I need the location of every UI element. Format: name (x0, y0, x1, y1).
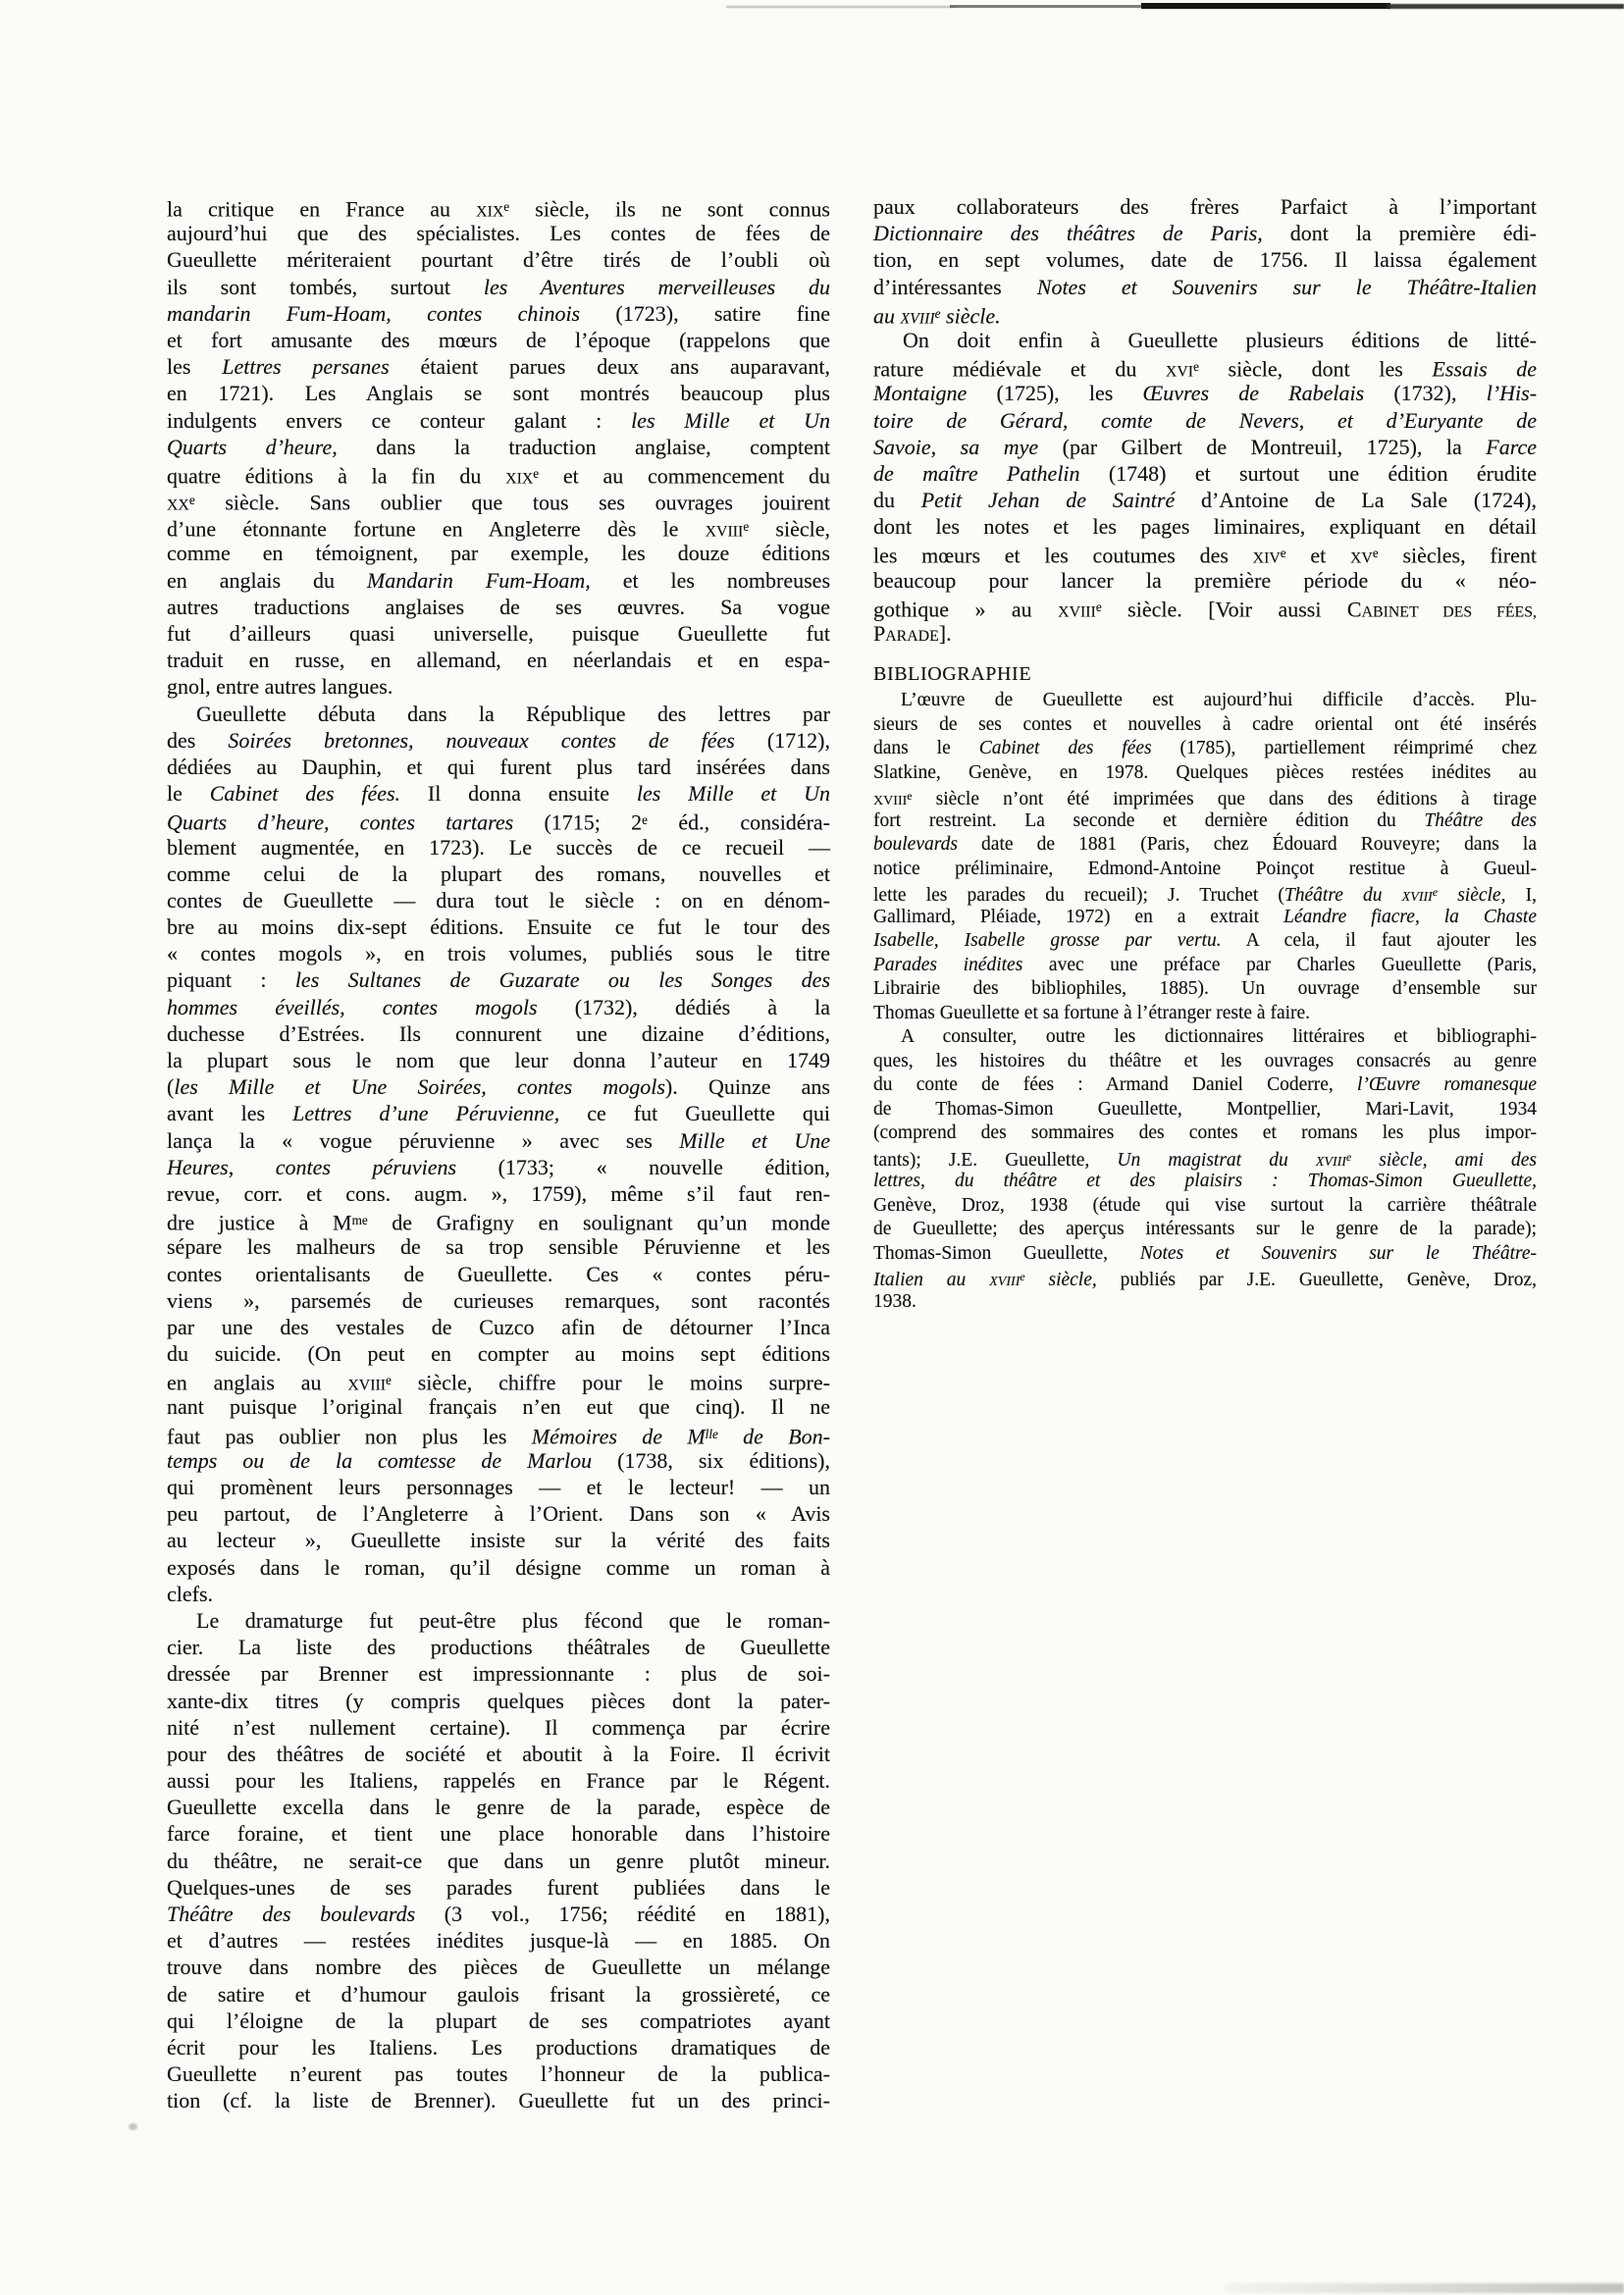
text-line: du Petit Jehan de Saintré d’Antoine de L… (873, 487, 1537, 513)
right-column-main: paux collaborateurs des frères Parfaict … (873, 193, 1537, 647)
text-line: Librairie des bibliophiles, 1885). Un ou… (873, 977, 1537, 1002)
text-line: dédiées au Dauphin, et qui furent plus t… (167, 754, 830, 780)
text-line: Parades inédites avec une préface par Ch… (873, 954, 1537, 978)
text-line: On doit enfin à Gueullette plusieurs édi… (873, 327, 1537, 353)
text-line: Le dramaturge fut peut-être plus fécond … (167, 1607, 830, 1634)
text-line: cier. La liste des productions théâtrale… (167, 1634, 830, 1660)
right-column: paux collaborateurs des frères Parfaict … (873, 193, 1537, 1314)
text-line: et fort amusante des mœurs de l’époque (… (167, 327, 830, 353)
text-line: comme celui de la plupart des romans, no… (167, 861, 830, 887)
text-line: XXe siècle. Sans oublier que tous ses ou… (167, 487, 830, 513)
text-line: paux collaborateurs des frères Parfaict … (873, 193, 1537, 220)
text-line: L’œuvre de Gueullette est aujourd’hui di… (873, 689, 1537, 713)
text-line: lettres, du théâtre et des plaisirs : Th… (873, 1170, 1537, 1194)
text-line: boulevards date de 1881 (Paris, chez Édo… (873, 833, 1537, 858)
text-line: dre justice à Mme de Grafigny en soulign… (167, 1207, 830, 1233)
text-line: dont les notes et les pages liminaires, … (873, 513, 1537, 540)
text-line: duchesse d’Estrées. Ils connurent une di… (167, 1020, 830, 1047)
text-line: fort restreint. La seconde et dernière é… (873, 809, 1537, 834)
scan-artifact-top-streak (1141, 3, 1390, 9)
text-line: nité n’est nullement certaine). Il comme… (167, 1714, 830, 1741)
text-line: « contes mogols », en trois volumes, pub… (167, 940, 830, 966)
text-line: de Gueullette; des aperçus intéressants … (873, 1218, 1537, 1242)
text-line: qui promènent leurs personnages — et le … (167, 1474, 830, 1500)
text-line: Théâtre des boulevards (3 vol., 1756; ré… (167, 1901, 830, 1927)
text-line: contes de Gueullette — dura tout le sièc… (167, 887, 830, 913)
text-line: PARADE]. (873, 620, 1537, 647)
text-line: A consulter, outre les dictionnaires lit… (873, 1025, 1537, 1050)
text-line: piquant : les Sultanes de Guzarate ou le… (167, 966, 830, 993)
text-line: Gallimard, Pléiade, 1972) en a extrait L… (873, 906, 1537, 930)
text-line: traduit en russe, en allemand, en néerla… (167, 647, 830, 673)
text-line: au lecteur », Gueullette insiste sur la … (167, 1527, 830, 1553)
bibliography-heading: BIBLIOGRAPHIE (873, 663, 1537, 685)
scan-artifact-margin-speck (129, 2123, 137, 2130)
text-line: écrit pour les Italiens. Les productions… (167, 2034, 830, 2060)
text-line: du théâtre, ne serait-ce que dans un gen… (167, 1848, 830, 1874)
text-line: qui l’éloigne de la plupart de ses compa… (167, 2008, 830, 2034)
text-line: contes orientalisants de Gueullette. Ces… (167, 1261, 830, 1287)
text-line: gnol, entre autres langues. (167, 673, 830, 700)
text-line: Dictionnaire des théâtres de Paris, dont… (873, 220, 1537, 246)
text-line: aujourd’hui que des spécialistes. Les co… (167, 220, 830, 246)
scan-artifact-top-streak (1387, 4, 1624, 9)
text-line: (comprend des sommaires des contes et ro… (873, 1121, 1537, 1146)
text-line: gothique » au XVIIIe siècle. [Voir aussi… (873, 594, 1537, 620)
page: la critique en France au XIXe siècle, il… (0, 0, 1624, 2295)
left-column: la critique en France au XIXe siècle, il… (167, 193, 830, 2114)
text-line: Montaigne (1725), les Œuvres de Rabelais… (873, 380, 1537, 406)
text-line: clefs. (167, 1581, 830, 1607)
text-line: Heures, contes péruviens (1733; « nouvel… (167, 1154, 830, 1180)
text-line: Gueullette mériteraient pourtant d’être … (167, 246, 830, 273)
text-line: trouve dans nombre des pièces de Gueulle… (167, 1954, 830, 1980)
text-line: Thomas-Simon Gueullette, Notes et Souven… (873, 1242, 1537, 1267)
text-line: Italien au XVIIIe siècle, publiés par J.… (873, 1266, 1537, 1290)
scan-artifact-top-streak (726, 6, 957, 8)
text-line: Slatkine, Genève, en 1978. Quelques pièc… (873, 761, 1537, 786)
text-line: bre au moins dix-sept éditions. Ensuite … (167, 913, 830, 940)
text-line: Isabelle, Isabelle grosse par vertu. A c… (873, 929, 1537, 954)
text-line: pour des théâtres de société et aboutit … (167, 1741, 830, 1767)
text-line: de maître Pathelin (1748) et surtout une… (873, 460, 1537, 487)
text-line: notice préliminaire, Edmond-Antoine Poin… (873, 858, 1537, 882)
text-line: fut d’ailleurs quasi universelle, puisqu… (167, 620, 830, 647)
text-line: d’intéressantes Notes et Souvenirs sur l… (873, 274, 1537, 300)
text-line: Quarts d’heure, contes tartares (1715; 2… (167, 807, 830, 833)
text-line: du conte de fées : Armand Daniel Coderre… (873, 1073, 1537, 1098)
text-line: Gueullette n’eurent pas toutes l’honneur… (167, 2060, 830, 2087)
text-line: du suicide. (On peut en compter au moins… (167, 1340, 830, 1367)
text-line: ils sont tombés, surtout les Aventures m… (167, 274, 830, 300)
text-line: beaucoup pour lancer la première période… (873, 567, 1537, 594)
scan-artifact-top-streak (950, 5, 1146, 8)
text-line: farce foraine, et tient une place honora… (167, 1820, 830, 1847)
text-line: blement augmentée, en 1723). Le succès d… (167, 834, 830, 861)
text-line: le Cabinet des fées. Il donna ensuite le… (167, 780, 830, 807)
text-line: les mœurs et les coutumes des XIVe et XV… (873, 540, 1537, 566)
text-line: Quarts d’heure, dans la traduction angla… (167, 434, 830, 460)
text-line: autres traductions anglaises de ses œuvr… (167, 594, 830, 620)
text-line: faut pas oublier non plus les Mémoires d… (167, 1421, 830, 1447)
text-line: en 1721). Les Anglais se sont montrés be… (167, 380, 830, 406)
text-line: tion, en sept volumes, date de 1756. Il … (873, 246, 1537, 273)
text-line: rature médiévale et du XVIe siècle, dont… (873, 353, 1537, 380)
text-line: quatre éditions à la fin du XIXe et au c… (167, 460, 830, 487)
bibliography-section: L’œuvre de Gueullette est aujourd’hui di… (873, 689, 1537, 1314)
text-line: Thomas Gueullette et sa fortune à l’étra… (873, 1002, 1537, 1026)
text-line: des Soirées bretonnes, nouveaux contes d… (167, 727, 830, 754)
text-line: d’une étonnante fortune en Angleterre dè… (167, 513, 830, 540)
text-line: temps ou de la comtesse de Marlou (1738,… (167, 1447, 830, 1474)
text-line: au XVIIIe siècle. (873, 300, 1537, 327)
text-line: en anglais du Mandarin Fum-Hoam, et les … (167, 567, 830, 594)
text-line: Gueullette débuta dans la République des… (167, 701, 830, 727)
text-line: viens », parsemés de curieuses remarques… (167, 1287, 830, 1314)
scan-artifact-bottom-streak (1225, 2283, 1624, 2293)
text-line: de satire et d’humour gaulois frisant la… (167, 1981, 830, 2008)
text-line: lette les parades du recueil); J. Truche… (873, 881, 1537, 906)
text-line: la plupart sous le nom que leur donna l’… (167, 1047, 830, 1073)
text-line: les Lettres persanes étaient parues deux… (167, 353, 830, 380)
text-line: par une des vestales de Cuzco afin de dé… (167, 1314, 830, 1340)
text-line: Quelques-unes de ses parades furent publ… (167, 1874, 830, 1901)
text-line: Savoie, sa mye (par Gilbert de Montreuil… (873, 434, 1537, 460)
text-line: Genève, Droz, 1938 (étude qui vise surto… (873, 1194, 1537, 1219)
text-line: nant puisque l’original français n’en eu… (167, 1393, 830, 1420)
text-line: toire de Gérard, comte de Nevers, et d’E… (873, 407, 1537, 434)
text-line: aussi pour les Italiens, rappelés en Fra… (167, 1767, 830, 1794)
text-line: xante-dix titres (y compris quelques piè… (167, 1688, 830, 1714)
text-line: comme en témoignent, par exemple, les do… (167, 540, 830, 566)
text-line: sépare les malheurs de sa trop sensible … (167, 1233, 830, 1260)
text-line: mandarin Fum-Hoam, contes chinois (1723)… (167, 300, 830, 327)
text-line: hommes éveillés, contes mogols (1732), d… (167, 994, 830, 1020)
text-line: exposés dans le roman, qu’il désigne com… (167, 1554, 830, 1581)
text-line: de Thomas-Simon Gueullette, Montpellier,… (873, 1098, 1537, 1122)
text-line: (les Mille et Une Soirées, contes mogols… (167, 1073, 830, 1100)
text-line: dans le Cabinet des fées (1785), partiel… (873, 737, 1537, 761)
text-line: et d’autres — restées inédites jusque-là… (167, 1927, 830, 1954)
text-line: la critique en France au XIXe siècle, il… (167, 193, 830, 220)
text-line: indulgents envers ce conteur galant : le… (167, 407, 830, 434)
text-line: dressée par Brenner est impressionnante … (167, 1660, 830, 1687)
text-line: tants); J.E. Gueullette, Un magistrat du… (873, 1146, 1537, 1171)
text-line: tion (cf. la liste de Brenner). Gueullet… (167, 2087, 830, 2113)
text-line: 1938. (873, 1290, 1537, 1315)
text-line: Gueullette excella dans le genre de la p… (167, 1794, 830, 1820)
text-line: peu partout, de l’Angleterre à l’Orient.… (167, 1500, 830, 1527)
text-line: en anglais au XVIIIe siècle, chiffre pou… (167, 1367, 830, 1393)
text-line: avant les Lettres d’une Péruvienne, ce f… (167, 1100, 830, 1126)
text-line: lança la « vogue péruvienne » avec ses M… (167, 1127, 830, 1154)
text-line: revue, corr. et cons. augm. », 1759), mê… (167, 1180, 830, 1207)
text-line: XVIIIe siècle n’ont été imprimées que da… (873, 785, 1537, 809)
text-line: sieurs de ses contes et nouvelles à cadr… (873, 713, 1537, 738)
text-line: ques, les histoires du théâtre et les ou… (873, 1050, 1537, 1074)
